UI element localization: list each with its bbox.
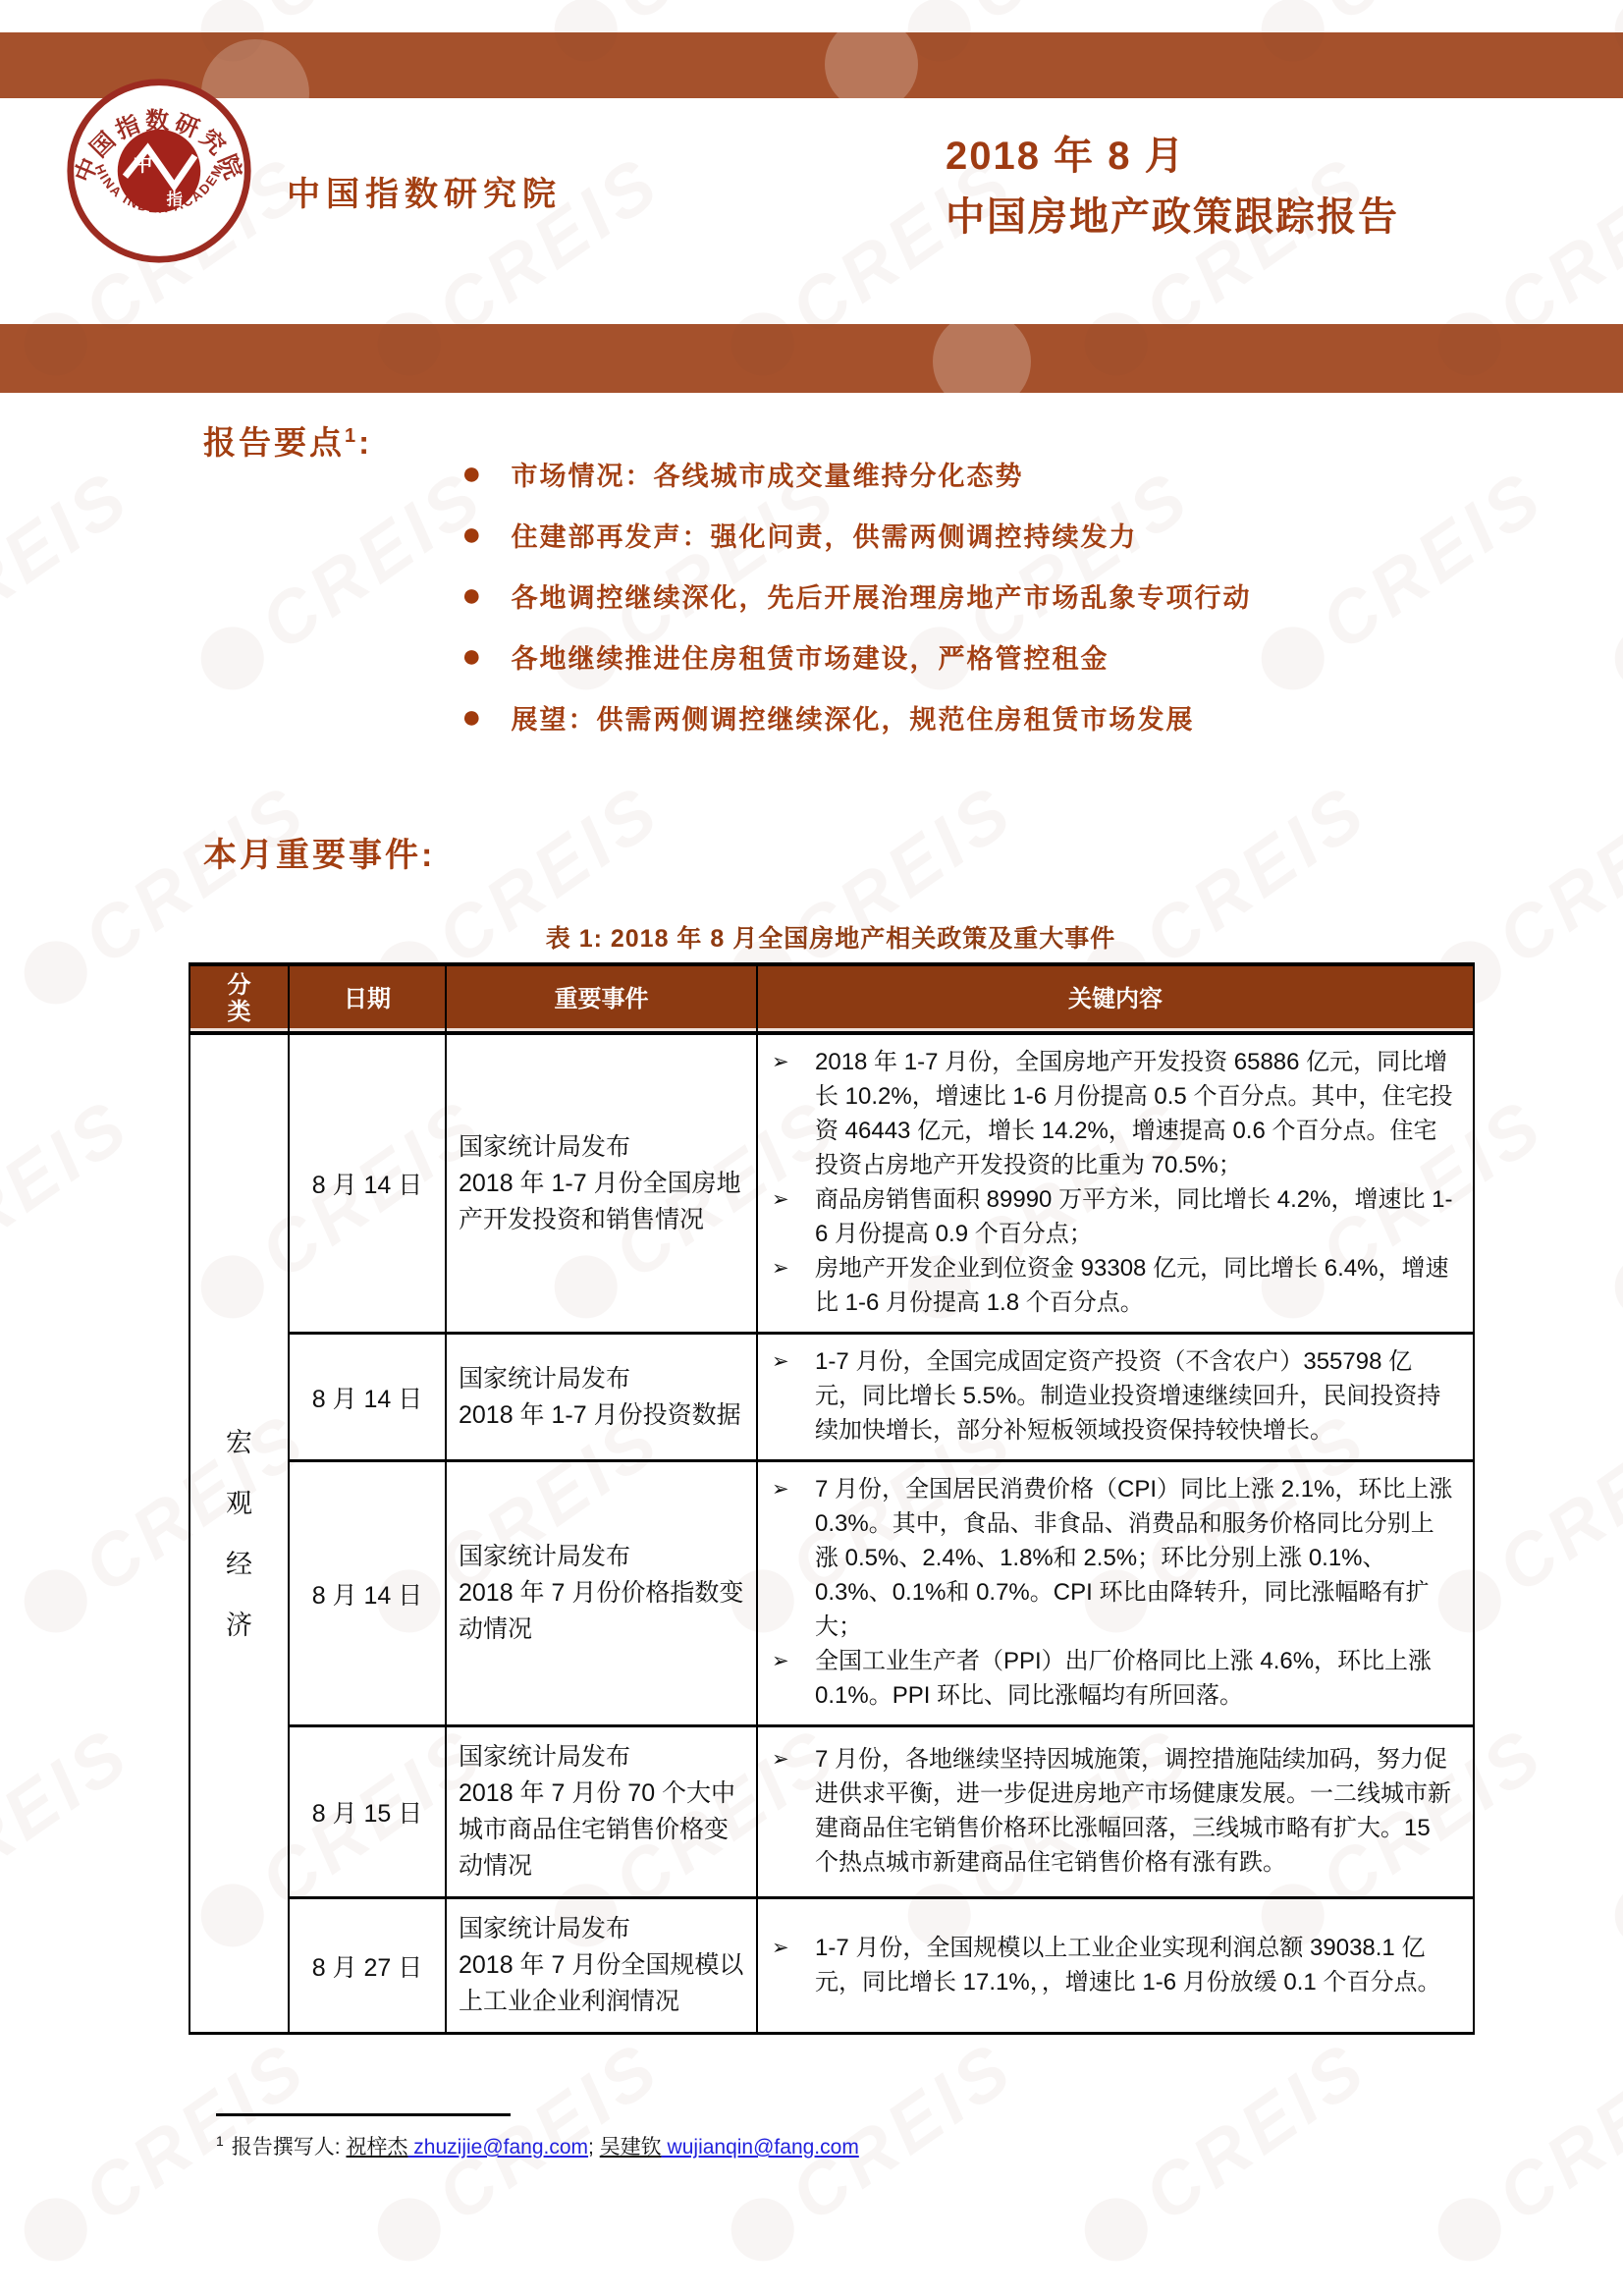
- table-row: 8 月 14 日 国家统计局发布 2018 年 7 月份价格指数变动情况 ➢7 …: [189, 1461, 1474, 1726]
- event-cell: 国家统计局发布 2018 年 7 月份价格指数变动情况: [446, 1461, 757, 1726]
- footnote-divider: [216, 2113, 511, 2116]
- watermark-disc-icon: [1602, 614, 1623, 701]
- key-content-cell: ➢1-7 月份，全国规模以上工业企业实现利润总额 39038.1 亿元，同比增长…: [757, 1898, 1474, 2034]
- key-content-bullet: ➢房地产开发企业到位资金 93308 亿元，同比增长 6.4%，增速比 1-6 …: [770, 1251, 1457, 1320]
- date-cell: 8 月 27 日: [289, 1898, 446, 2034]
- watermark-disc-icon: [12, 2185, 99, 2272]
- bullet-dot-icon: ●: [461, 578, 482, 612]
- footnote-email-link-1[interactable]: zhuzijie@fang.com: [407, 2136, 588, 2159]
- footnote-email-link-2[interactable]: wujianqin@fang.com: [662, 2136, 859, 2159]
- key-content-cell: ➢2018 年 1-7 月份，全国房地产开发投资 65886 亿元，同比增长 1…: [757, 1033, 1474, 1334]
- list-item: ● 住建部再发声：强化问责，供需两侧调控持续发力: [461, 515, 1252, 554]
- creis-watermark: CREIS: [183, 454, 499, 710]
- watermark-text: CREIS: [0, 1711, 145, 1924]
- key-content-bullet: ➢7 月份，各地继续坚持因城施策，调控措施陆续加码，努力促进供求平衡，进一步促进…: [770, 1742, 1457, 1880]
- key-content-text: 全国工业生产者（PPI）出厂价格同比上涨 4.6%，环比上涨 0.1%。PPI …: [815, 1648, 1432, 1709]
- key-content-text: 2018 年 1-7 月份，全国房地产开发投资 65886 亿元，同比增长 10…: [815, 1049, 1452, 1178]
- footnote-label: 报告撰写人:: [232, 2136, 347, 2159]
- bullet-dot-icon: ●: [461, 518, 482, 551]
- events-table: 分 类 日期 重要事件 关键内容 宏 观 经 济 8 月 14 日 国家统计局发…: [189, 962, 1475, 2035]
- highlight-text: 市场情况：各线城市成交量维持分化态势: [512, 455, 1024, 493]
- highlights-list: ● 市场情况：各线城市成交量维持分化态势 ● 住建部再发声：强化问责，供需两侧调…: [461, 454, 1252, 758]
- watermark-disc-icon: [1249, 614, 1336, 701]
- highlights-heading-colon: :: [358, 424, 372, 461]
- report-title: 2018 年 8 月 中国房地产政策跟踪报告: [946, 126, 1399, 247]
- date-cell: 8 月 14 日: [289, 1033, 446, 1334]
- watermark-text: CREIS: [0, 454, 145, 667]
- date-cell: 8 月 14 日: [289, 1461, 446, 1726]
- key-content-cell: ➢7 月份，全国居民消费价格（CPI）同比上涨 2.1%，环比上涨 0.3%。其…: [757, 1461, 1474, 1726]
- highlight-text: 展望：供需两侧调控继续深化，规范住房租赁市场发展: [512, 698, 1195, 737]
- event-cell: 国家统计局发布 2018 年 1-7 月份投资数据: [446, 1334, 757, 1461]
- key-content-cell: ➢7 月份，各地继续坚持因城施策，调控措施陆续加码，努力促进供求平衡，进一步促进…: [757, 1726, 1474, 1898]
- watermark-disc-icon: [365, 2185, 453, 2272]
- highlight-text: 各地继续推进住房租赁市场建设，严格管控租金: [512, 637, 1109, 676]
- creis-watermark: CREIS: [0, 454, 145, 710]
- arrow-bullet-icon: ➢: [772, 1644, 789, 1678]
- watermark-disc-icon: [719, 2185, 806, 2272]
- highlights-heading-footnote-ref: 1: [345, 425, 358, 447]
- report-page: CREISCREISCREISCREISCREISCREISCREISCREIS…: [0, 0, 1623, 2296]
- report-title-line1: 2018 年 8 月: [946, 126, 1399, 187]
- footnote-number: 1: [216, 2133, 224, 2149]
- category-cell: 宏 观 经 济: [189, 1033, 289, 2034]
- events-section-heading: 本月重要事件:: [203, 828, 435, 876]
- key-content-bullet: ➢1-7 月份，全国规模以上工业企业实现利润总额 39038.1 亿元，同比增长…: [770, 1931, 1457, 1999]
- table-title: 表 1: 2018 年 8 月全国房地产相关政策及重大事件: [189, 919, 1473, 955]
- creis-watermark: CREIS: [0, 1711, 145, 1967]
- key-content-bullet: ➢7 月份，全国居民消费价格（CPI）同比上涨 2.1%，环比上涨 0.3%。其…: [770, 1472, 1457, 1644]
- highlights-heading-text: 报告要点: [203, 424, 345, 461]
- table-row: 宏 观 经 济 8 月 14 日 国家统计局发布 2018 年 1-7 月份全国…: [189, 1033, 1474, 1334]
- arrow-bullet-icon: ➢: [772, 1931, 789, 1965]
- highlight-text: 住建部再发声：强化问责，供需两侧调控持续发力: [512, 516, 1138, 554]
- arrow-bullet-icon: ➢: [772, 1742, 789, 1777]
- creis-watermark: CREIS: [1596, 454, 1623, 710]
- list-item: ● 各地继续推进住房租赁市场建设，严格管控租金: [461, 636, 1252, 676]
- brand-name: 中国指数研究院: [287, 167, 562, 215]
- key-content-bullet: ➢全国工业生产者（PPI）出厂价格同比上涨 4.6%，环比上涨 0.1%。PPI…: [770, 1644, 1457, 1713]
- footnote: 1报告撰写人: 祝梓杰 zhuzijie@fang.com; 吴建钦 wujia…: [216, 2131, 859, 2160]
- watermark-disc-icon: [12, 928, 99, 1015]
- key-content-text: 7 月份，各地继续坚持因城施策，调控措施陆续加码，努力促进供求平衡，进一步促进房…: [815, 1746, 1451, 1876]
- watermark-disc-icon: [189, 614, 276, 701]
- creis-watermark: CREIS: [1596, 1711, 1623, 1967]
- key-content-cell: ➢1-7 月份，全国完成固定资产投资（不含农户）355798 亿元，同比增长 5…: [757, 1334, 1474, 1461]
- bullet-dot-icon: ●: [461, 457, 482, 490]
- event-cell: 国家统计局发布 2018 年 7 月份 70 个大中城市商品住宅销售价格变动情况: [446, 1726, 757, 1898]
- header-accent-bar: [0, 324, 1623, 393]
- bullet-dot-icon: ●: [461, 639, 482, 673]
- key-content-text: 商品房销售面积 89990 万平方米，同比增长 4.2%，增速比 1-6 月份提…: [815, 1186, 1452, 1247]
- watermark-disc-icon: [1072, 2185, 1160, 2272]
- watermark-text: CREIS: [0, 1082, 145, 1295]
- key-content-text: 房地产开发企业到位资金 93308 亿元，同比增长 6.4%，增速比 1-6 月…: [815, 1255, 1448, 1316]
- watermark-disc-icon: [1602, 1871, 1623, 1958]
- highlights-heading: 报告要点1:: [203, 417, 372, 464]
- logo-center-char-2: 指: [166, 191, 183, 209]
- column-header-category: 分 类: [189, 964, 289, 1033]
- watermark-disc: [933, 312, 1031, 410]
- watermark-text: CREIS: [1483, 139, 1623, 353]
- watermark-disc-icon: [1602, 1242, 1623, 1330]
- arrow-bullet-icon: ➢: [772, 1472, 789, 1506]
- column-header-content: 关键内容: [757, 964, 1474, 1033]
- column-header-date: 日期: [289, 964, 446, 1033]
- list-item: ● 各地调控继续深化，先后开展治理房地产市场乱象专项行动: [461, 575, 1252, 615]
- arrow-bullet-icon: ➢: [772, 1344, 789, 1379]
- key-content-text: 1-7 月份，全国完成固定资产投资（不含农户）355798 亿元，同比增长 5.…: [815, 1348, 1440, 1444]
- footnote-author-1: 祝梓杰: [346, 2136, 407, 2159]
- arrow-bullet-icon: ➢: [772, 1251, 789, 1285]
- watermark-text: CREIS: [1483, 1396, 1623, 1610]
- watermark-text: CREIS: [1306, 454, 1560, 667]
- watermark-disc-icon: [1426, 2185, 1513, 2272]
- table-row: 8 月 15 日 国家统计局发布 2018 年 7 月份 70 个大中城市商品住…: [189, 1726, 1474, 1898]
- highlight-text: 各地调控继续深化，先后开展治理房地产市场乱象专项行动: [512, 576, 1252, 615]
- column-header-event: 重要事件: [446, 964, 757, 1033]
- key-content-bullet: ➢1-7 月份，全国完成固定资产投资（不含农户）355798 亿元，同比增长 5…: [770, 1344, 1457, 1448]
- creis-watermark: CREIS: [1243, 454, 1559, 710]
- watermark-disc-icon: [12, 1557, 99, 1644]
- list-item: ● 展望：供需两侧调控继续深化，规范住房租赁市场发展: [461, 697, 1252, 737]
- watermark-text: CREIS: [1129, 2025, 1383, 2238]
- event-cell: 国家统计局发布 2018 年 1-7 月份全国房地产开发投资和销售情况: [446, 1033, 757, 1334]
- watermark-text: CREIS: [1483, 2025, 1623, 2238]
- event-cell: 国家统计局发布 2018 年 7 月份全国规模以上工业企业利润情况: [446, 1898, 757, 2034]
- key-content-text: 7 月份，全国居民消费价格（CPI）同比上涨 2.1%，环比上涨 0.3%。其中…: [815, 1476, 1452, 1640]
- china-index-academy-logo-icon: 中国指数研究院 CHINA INDEX ACADEMY 中 指: [65, 77, 253, 265]
- table-row: 8 月 27 日 国家统计局发布 2018 年 7 月份全国规模以上工业企业利润…: [189, 1898, 1474, 2034]
- date-cell: 8 月 14 日: [289, 1334, 446, 1461]
- watermark-text: CREIS: [1483, 768, 1623, 981]
- watermark-disc: [825, 18, 918, 111]
- key-content-text: 1-7 月份，全国规模以上工业企业实现利润总额 39038.1 亿元，同比增长 …: [815, 1935, 1440, 1995]
- key-content-bullet: ➢2018 年 1-7 月份，全国房地产开发投资 65886 亿元，同比增长 1…: [770, 1045, 1457, 1182]
- date-cell: 8 月 15 日: [289, 1726, 446, 1898]
- creis-watermark: CREIS: [0, 1082, 145, 1339]
- list-item: ● 市场情况：各线城市成交量维持分化态势: [461, 454, 1252, 493]
- footnote-separator: ;: [588, 2136, 600, 2159]
- bullet-dot-icon: ●: [461, 700, 482, 734]
- table-header-row: 分 类 日期 重要事件 关键内容: [189, 964, 1474, 1033]
- creis-watermark: CREIS: [1596, 1082, 1623, 1339]
- report-title-line2: 中国房地产政策跟踪报告: [946, 187, 1399, 247]
- footnote-author-2: 吴建钦: [600, 2136, 662, 2159]
- creis-watermark: CREIS: [1066, 2025, 1382, 2281]
- arrow-bullet-icon: ➢: [772, 1182, 789, 1217]
- key-content-bullet: ➢商品房销售面积 89990 万平方米，同比增长 4.2%，增速比 1-6 月份…: [770, 1182, 1457, 1251]
- creis-watermark: CREIS: [1420, 2025, 1623, 2281]
- arrow-bullet-icon: ➢: [772, 1045, 789, 1079]
- logo-center-char-1: 中: [133, 152, 152, 176]
- table-row: 8 月 14 日 国家统计局发布 2018 年 1-7 月份投资数据 ➢1-7 …: [189, 1334, 1474, 1461]
